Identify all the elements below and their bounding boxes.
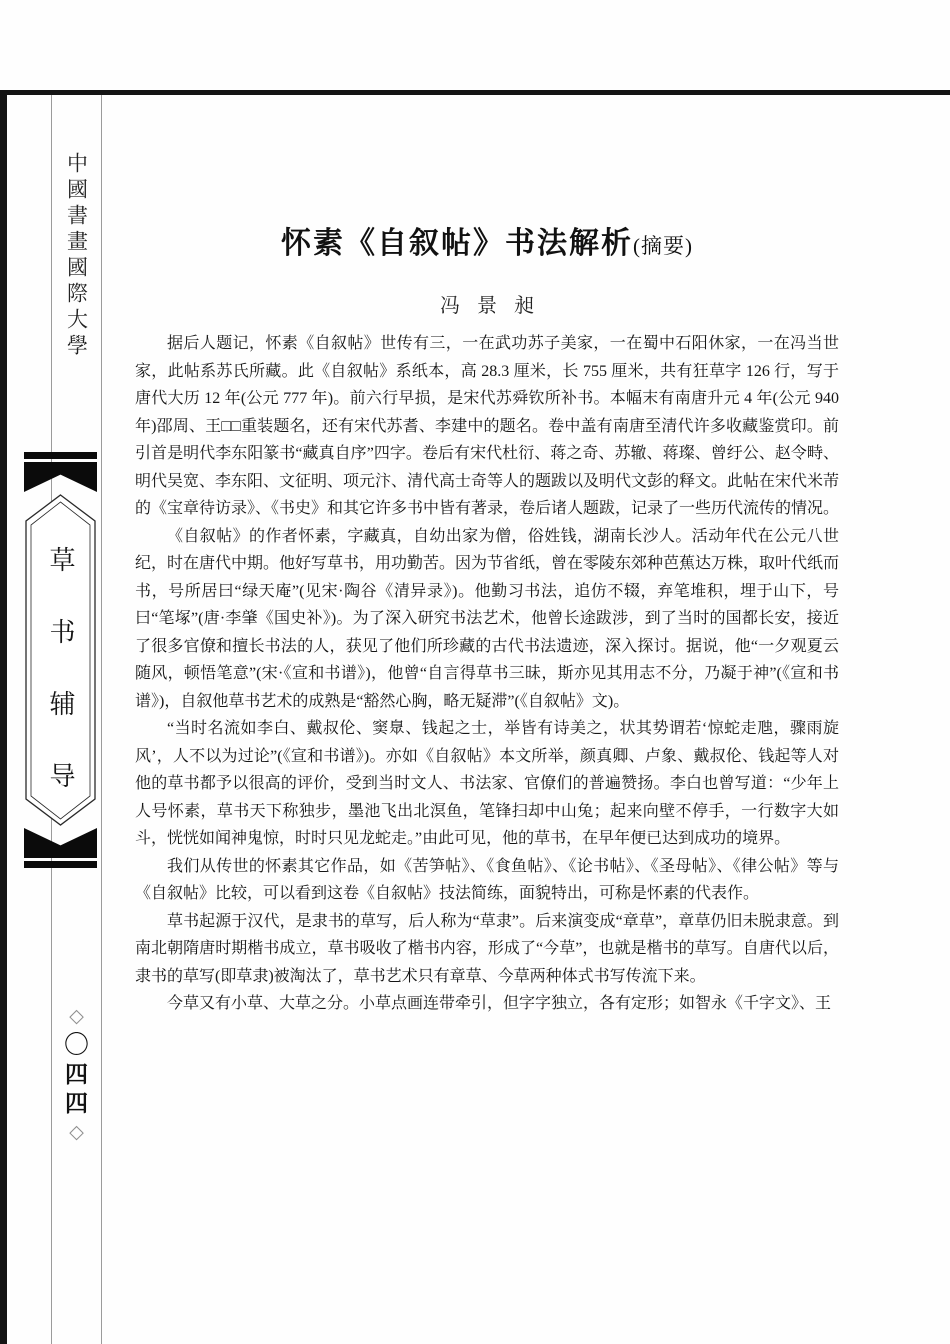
paragraph: 据后人题记，怀素《自叙帖》世传有三，一在武功苏子美家，一在蜀中石阳休家，一在冯当… xyxy=(135,330,839,523)
emblem-bottom-bar xyxy=(24,861,97,868)
article-author: 冯 景 昶 xyxy=(135,289,839,318)
book-page: 中國書畫國際大學 草书辅导 ◇ 〇 四 四 ◇ 怀素《自叙帖》书法解析(摘要) … xyxy=(0,0,950,1344)
article-title-note: (摘要) xyxy=(633,234,693,258)
series-emblem: 草书辅导 xyxy=(24,452,97,868)
series-title-text: 草书辅导 xyxy=(42,546,79,834)
top-rule-divider xyxy=(0,90,950,95)
page-number-digit: 〇 xyxy=(52,1031,101,1060)
publisher-text: 中國書畫國際大學 xyxy=(62,152,92,360)
page-number: ◇ 〇 四 四 ◇ xyxy=(52,1002,101,1147)
sidebar-divider-right xyxy=(101,95,102,1344)
publisher-vertical-title: 中國書畫國際大學 xyxy=(52,152,101,360)
paragraph: 我们从传世的怀素其它作品，如《苦笋帖》、《食鱼帖》、《论书帖》、《圣母帖》、《律… xyxy=(135,853,839,908)
paragraph: “当时名流如李白、戴叔伦、窦臮、钱起之士，举皆有诗美之，状其势谓若‘惊蛇走虺，骤… xyxy=(135,715,839,853)
page-number-digit: 四 xyxy=(52,1060,101,1089)
page-number-digit: 四 xyxy=(52,1089,101,1118)
article-title: 怀素《自叙帖》书法解析(摘要) xyxy=(135,218,839,262)
page-number-diamond-top: ◇ xyxy=(52,1002,101,1031)
left-edge-bar xyxy=(0,90,7,1344)
emblem-top-ribbon xyxy=(24,462,97,492)
paragraph: 草书起源于汉代，是隶书的草写，后人称为“草隶”。后来演变成“章草”，章草仍旧未脱… xyxy=(135,908,839,991)
page-number-diamond-bottom: ◇ xyxy=(52,1118,101,1147)
article-title-main: 怀素《自叙帖》书法解析 xyxy=(281,227,633,260)
paragraph: 今草又有小草、大草之分。小草点画连带牵引，但字字独立，各有定形；如智永《千字文》… xyxy=(135,990,839,1018)
article-body: 据后人题记，怀素《自叙帖》世传有三，一在武功苏子美家，一在蜀中石阳休家，一在冯当… xyxy=(135,330,839,1018)
emblem-top-bar xyxy=(24,452,97,459)
paragraph: 《自叙帖》的作者怀素，字藏真，自幼出家为僧，俗姓钱，湖南长沙人。活动年代在公元八… xyxy=(135,523,839,716)
